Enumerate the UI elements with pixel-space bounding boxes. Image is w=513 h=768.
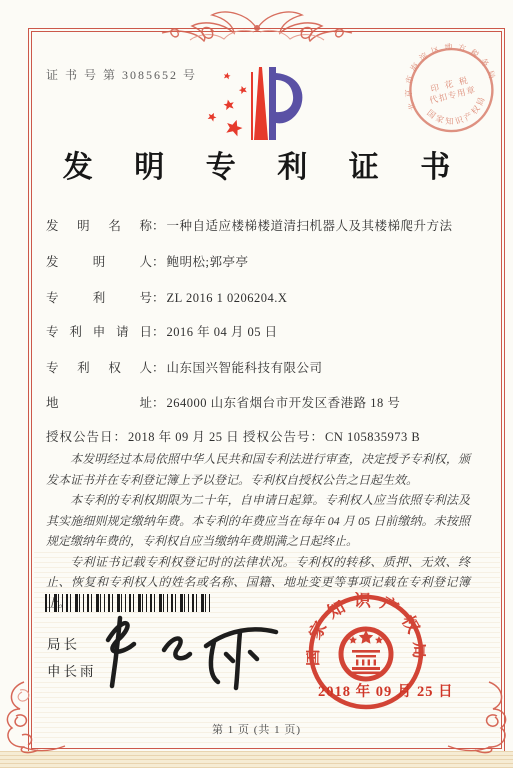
field-invention-name: 发 明 名 称：一种自适应楼梯楼道清扫机器人及其楼梯爬升方法 [46,216,453,234]
field-colon: ： [152,291,165,305]
cnipa-patent-logo-icon [202,62,307,150]
field-value: ZL 2016 1 0206204.X [167,291,288,305]
seal-date: 2018 年 09 月 25 日 [318,680,454,701]
field-filing-date: 专 利 申 请 日：2016 年 04 月 05 日 [46,322,278,340]
legal-paragraph-2: 本专利的专利权期限为二十年，自申请日起算。专利权人应当依照专利法及其实施细则规定… [46,490,470,552]
field-grant-number: 授权公告号：CN 105835973 B [243,427,420,445]
field-label: 专 利 权 人 [46,358,152,376]
national-emblem-icon [341,629,391,679]
field-value: 鲍明松;郭亭亭 [167,255,249,269]
certificate-number: 证 书 号 第 3085652 号 [46,66,197,83]
field-label: 发 明 人 [46,252,152,270]
bottom-left-corner-ornament [2,680,66,754]
field-inventors: 发 明 人：鲍明松;郭亭亭 [46,252,249,270]
field-label: 授权公告日 [46,427,114,445]
field-colon: ： [152,325,165,339]
field-patentee: 专 利 权 人：山东国兴智能科技有限公司 [46,358,323,376]
tax-stamp-seal: 北京市海淀区地方税务局 国家知识产权局 印 花 税 代扣专用章 [396,34,509,150]
page-number: 第 1 页 (共 1 页) [0,721,513,737]
field-colon: ： [311,430,324,444]
field-value: CN 105835973 B [325,430,420,444]
field-colon: ： [152,255,165,269]
field-address: 地 址：264000 山东省烟台市开发区香港路 18 号 [46,393,400,411]
field-grant-info: 授权公告日：2018 年 09 月 25 日 授权公告号：CN 10583597… [46,427,491,445]
field-value: 264000 山东省烟台市开发区香港路 18 号 [167,396,401,410]
field-label: 授权公告号 [243,427,311,445]
commissioner-signature [88,596,298,701]
legal-text-block: 本发明经过本局依照中华人民共和国专利法进行审查，决定授予专利权，颁发本证书并在专… [46,449,470,613]
field-label: 发 明 名 称 [46,216,152,234]
field-value: 2016 年 04 月 05 日 [167,325,278,339]
top-flourish-ornament [142,2,372,46]
field-colon: ： [114,430,127,444]
field-label: 专 利 申 请 日 [46,322,152,340]
patent-certificate-page: 证 书 号 第 3085652 号 北京市海淀区地方税务局 国家知识产权局 印 … [0,0,513,768]
field-patent-number: 专 利 号：ZL 2016 1 0206204.X [46,288,287,306]
field-label: 专 利 号 [46,288,152,306]
field-value: 山东国兴智能科技有限公司 [167,361,323,375]
certificate-title: 发 明 专 利 证 书 [0,142,513,186]
field-colon: ： [152,361,165,375]
field-value: 一种自适应楼梯楼道清扫机器人及其楼梯爬升方法 [167,219,453,233]
field-colon: ： [152,219,165,233]
field-value: 2018 年 09 月 25 日 [128,430,239,444]
bottom-pattern-strip [0,751,513,768]
bottom-right-corner-ornament [447,680,511,754]
field-label: 地 址 [46,393,152,411]
field-colon: ： [152,396,165,410]
legal-paragraph-1: 本发明经过本局依照中华人民共和国专利法进行审查，决定授予专利权，颁发本证书并在专… [46,449,470,490]
